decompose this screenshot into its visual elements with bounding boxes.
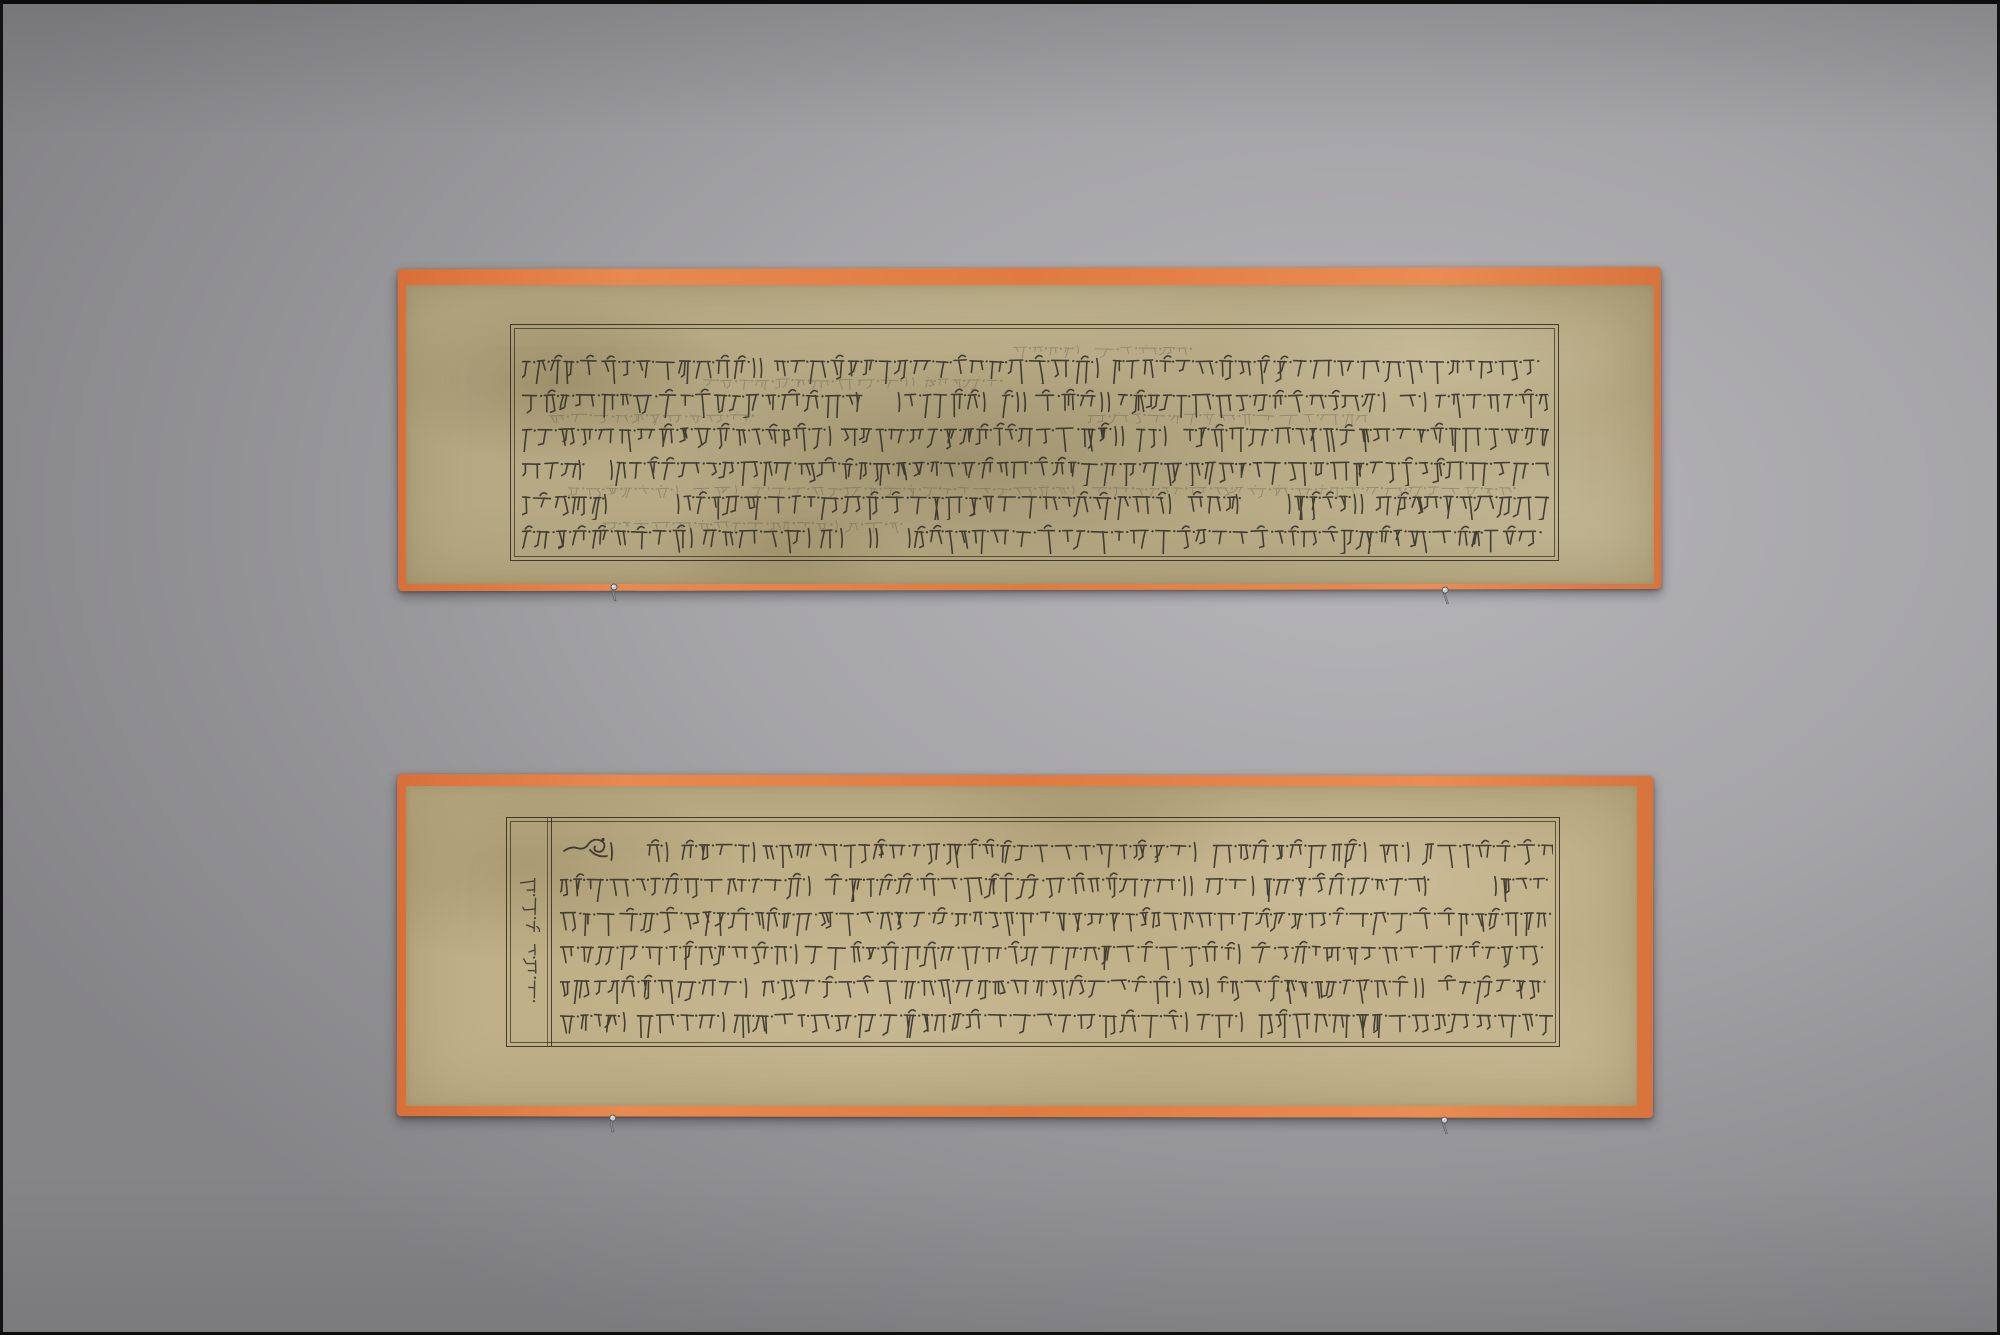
margin-cell: [507, 818, 552, 1046]
text-line: [560, 906, 1553, 936]
mounting-pin-icon: [605, 1113, 620, 1138]
photo-background: [0, 0, 2000, 1335]
text-line: [522, 524, 1549, 554]
text-line: [522, 388, 1549, 418]
text-line: [522, 490, 1549, 520]
text-frame: [506, 817, 1560, 1047]
yig-mgo-ornament: [562, 834, 626, 868]
text-line: [560, 940, 1553, 970]
text-line: [560, 838, 1553, 868]
bottom-leaf: [406, 786, 1637, 1106]
text-line: [522, 456, 1549, 486]
margin-label: [520, 878, 540, 932]
margin-label: [520, 944, 540, 1006]
text-line: [522, 422, 1549, 452]
text-line: [522, 354, 1549, 384]
text-line: [560, 974, 1553, 1004]
text-frame: [510, 324, 1559, 561]
mounting-pin-icon: [1438, 1116, 1453, 1141]
top-leaf: [406, 285, 1654, 584]
text-line: [560, 1008, 1553, 1038]
text-line: [560, 872, 1553, 902]
